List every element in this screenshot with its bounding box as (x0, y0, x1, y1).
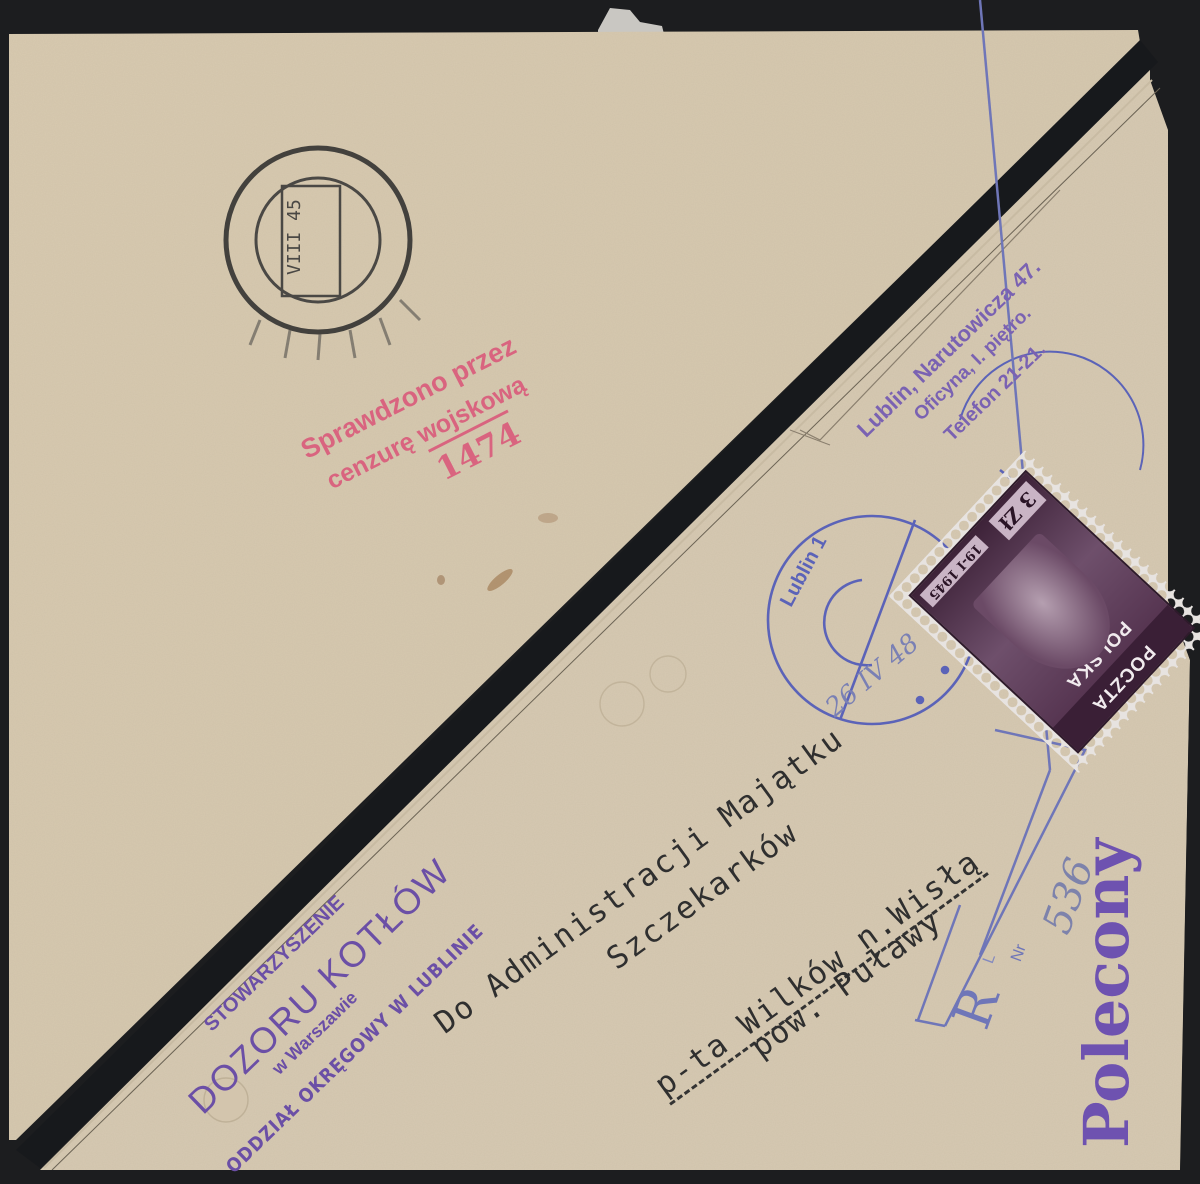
envelope-scan: VIII 45 Sprawdzono przez cenzurę wojskow… (0, 0, 1200, 1184)
polecony-mark: Polecony (1070, 838, 1143, 1148)
svg-text:VIII 45: VIII 45 (284, 199, 305, 275)
